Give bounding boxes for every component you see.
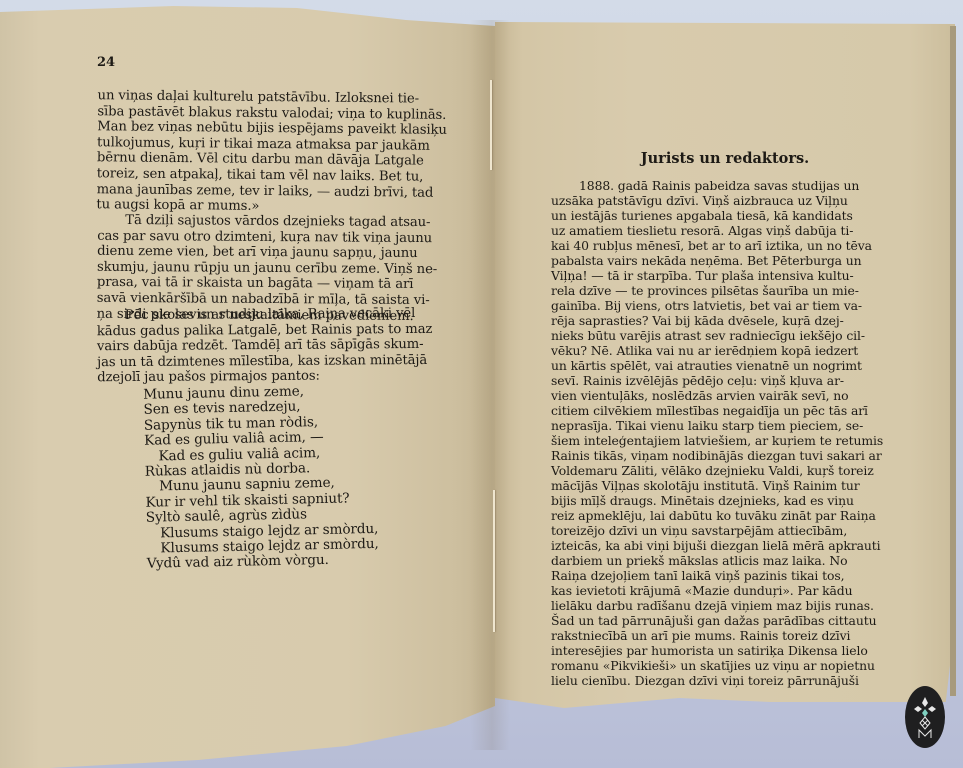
binding-stitch [493,490,495,632]
text-line: izteicās, ka abi viņi bijuši diezgan lie… [551,538,867,553]
left-paragraph-1: un viņas daļai kulturelu patstāvību. Izl… [96,88,439,216]
text-line: jas un tā dzimtenes mīlestība, kas izska… [97,353,443,371]
text-line: toreizējo dzīvi un viņu savstarpējām att… [551,523,867,538]
text-line: kas ievietoti krājumā «Mazie dunduŗi». P… [551,583,867,598]
text-line: kai 40 rubļus mēnesī, bet ar to arī izti… [551,238,867,253]
text-line: mācījās Viļņas skolotāju institutā. Viņš… [551,478,867,493]
text-line: darbiem un priekš mākslas atlicis maz la… [551,553,867,568]
text-line: un kārtis spēlēt, vai atrauties vienatnē… [551,358,867,373]
text-line: rakstniecībā un arī pie mums. Rainis tor… [551,628,867,643]
text-line: Rainis tikās, viņam nodibinājās diezgan … [551,448,867,463]
text-line: rela dzīve — te provinces pilsētas šaurī… [551,283,867,298]
text-line: reiz apmeklēju, lai dabūtu ko tuvāku zin… [551,508,867,523]
text-line: Tā dziļi sajustos vārdos dzejnieks tagad… [97,213,443,231]
text-line: Viļņa! — tā ir starpība. Tur plaša inten… [551,268,867,283]
text-line: citiem cilvēkiem mīlestības negaidīja un… [551,403,867,418]
text-line: Voldemaru Zāliti, vēlāko dzejnieku Valdi… [551,463,867,478]
text-line: pabalsta vairs nekāda neņēma. Bet Pēterb… [551,253,867,268]
text-line: Šad un tad pārrunājuši gan dažas parādīb… [551,613,867,628]
right-body-text: 1888. gadā Rainis pabeidza savas studija… [551,178,867,688]
watermark-logo [905,686,945,748]
text-line: neprasīja. Tikai vienu laiku starp tiem … [551,418,867,433]
text-line: romanu «Pikvikieši» un skatījies uz viņu… [551,658,867,673]
binding-stitch [490,80,492,170]
text-line: 1888. gadā Rainis pabeidza savas studija… [551,178,867,193]
text-line: interesējies par humorista un satiriķa D… [551,643,867,658]
text-line: uz amatiem tieslietu resorā. Algas viņš … [551,223,867,238]
poem-block: Munu jaunu dinu zeme, Sen es tevis nared… [143,382,407,572]
text-line: Pēc skolas un studiju laika, Raiņa vecāk… [97,306,443,324]
page-number: 24 [97,55,115,70]
text-line: gainība. Bij viens, otrs latvietis, bet … [551,298,867,313]
text-line: Raiņa dzejoļiem tanī laikā viņš pazinis … [551,568,867,583]
text-line: vien vientuļāks, noslēdzās arvien vairāk… [551,388,867,403]
text-line: rēja saprasties? Vai bij kāda dvēsele, k… [551,313,867,328]
chapter-heading: Jurists un redaktors. [580,150,870,167]
text-line: un iestājās turienes apgabala tiesā, kā … [551,208,867,223]
left-paragraph-3: Pēc skolas un studiju laika, Raiņa vecāk… [97,306,444,386]
text-line: nieks būtu varējis atrast sev radniecīgu… [551,328,867,343]
text-line: bijis mīļš draugs. Minētais dzejnieks, k… [551,493,867,508]
text-line: šiem inteleģentajiem latviešiem, ar kuŗi… [551,433,867,448]
page-edge [950,26,956,696]
text-line: uzsāka patstāvīgu dzīvi. Viņš aizbrauca … [551,193,867,208]
text-line: lielāku darbu radīšanu dzejā viņiem maz … [551,598,867,613]
text-line: vēku? Nē. Atlika vai nu ar ierēdņiem kop… [551,343,867,358]
text-line: sevī. Rainis izvēlējās pēdējo ceļu: viņš… [551,373,867,388]
folk-ornament-logo-icon [912,695,938,739]
text-line: lielu cienību. Diezgan dzīvi viņi toreiz… [551,673,867,688]
